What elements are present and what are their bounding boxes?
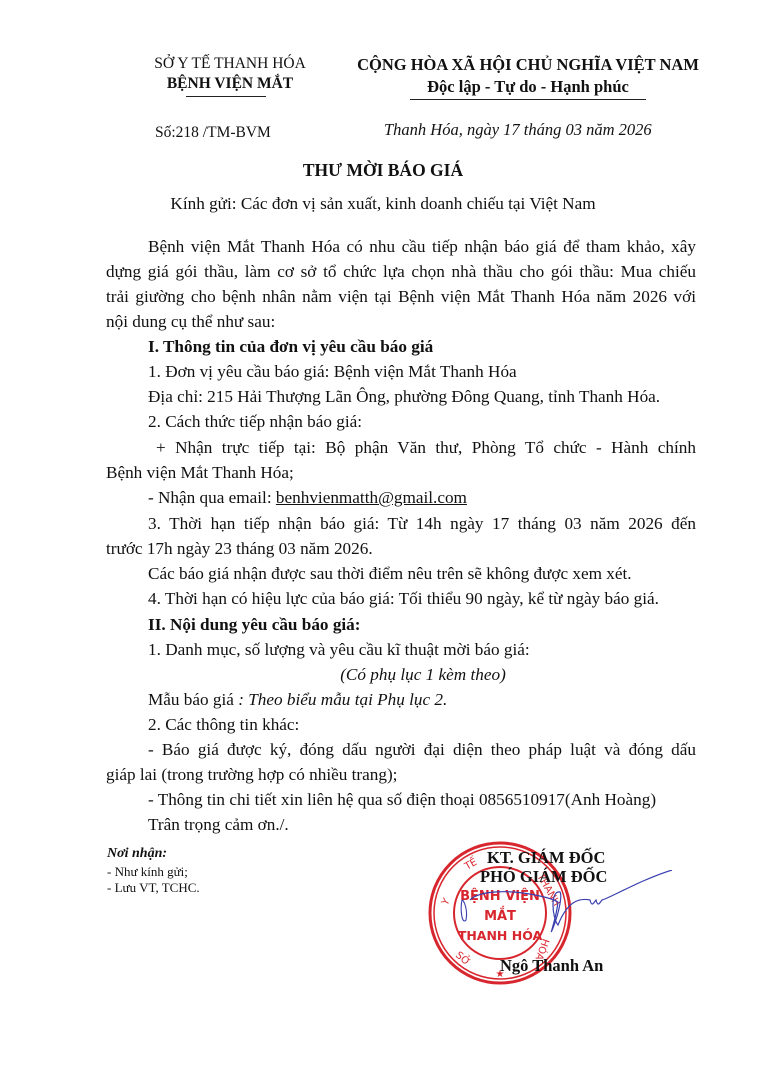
section1-direct-line2: Bệnh viện Mắt Thanh Hóa; <box>106 462 696 484</box>
section1-item3-line2: trước 17h ngày 23 tháng 03 năm 2026. <box>106 538 696 560</box>
document-title: THƯ MỜI BÁO GIÁ <box>0 160 766 181</box>
org-name: BỆNH VIỆN MẮT <box>110 74 350 94</box>
section2-other-line1: - Báo giá được ký, đóng dấu người đại di… <box>148 739 696 761</box>
handwritten-signature-icon <box>440 870 700 950</box>
signer-name: Ngô Thanh An <box>500 956 603 976</box>
recipient-line: Kính gửi: Các đơn vị sản xuất, kinh doan… <box>0 194 766 214</box>
section1-item4: 4. Thời hạn có hiệu lực của báo giá: Tối… <box>148 588 738 610</box>
template-row: Mẫu báo giá : Theo biểu mẫu tại Phụ lục … <box>148 689 738 711</box>
section1-item2: 2. Cách thức tiếp nhận báo giá: <box>148 411 738 433</box>
org-underline <box>186 96 266 97</box>
template-value: : Theo biểu mẫu tại Phụ lục 2. <box>238 690 447 709</box>
doc-number: Số:218 /TM-BVM <box>155 124 271 142</box>
section1-item3-line1: 3. Thời hạn tiếp nhận báo giá: Từ 14h ng… <box>148 513 696 535</box>
email-link[interactable]: benhvienmatth@gmail.com <box>276 488 467 507</box>
recipient-item: - Lưu VT, TCHC. <box>107 880 200 896</box>
intro-line-1: Bệnh viện Mắt Thanh Hóa có nhu cầu tiếp … <box>148 236 696 258</box>
org-parent: SỞ Y TẾ THANH HÓA <box>110 54 350 74</box>
place-date: Thanh Hóa, ngày 17 tháng 03 năm 2026 <box>384 120 652 140</box>
section1-late-note: Các báo giá nhận được sau thời điểm nêu … <box>148 563 738 585</box>
section2-contact: - Thông tin chi tiết xin liên hệ qua số … <box>148 789 738 811</box>
section2-other-line2: giáp lai (trong trường hợp có nhiều tran… <box>106 764 696 786</box>
recipients-label: Nơi nhận: <box>107 846 167 862</box>
section1-direct-line1: + Nhận trực tiếp tại: Bộ phận Văn thư, P… <box>156 437 696 459</box>
section1-email-row: - Nhận qua email: benhvienmatth@gmail.co… <box>148 487 738 509</box>
section1-heading: I. Thông tin của đơn vị yêu cầu báo giá <box>148 336 738 358</box>
email-prefix: - Nhận qua email: <box>148 488 276 507</box>
section1-address: Địa chỉ: 215 Hải Thượng Lãn Ông, phường … <box>148 386 738 408</box>
country-name: CỘNG HÒA XÃ HỘI CHỦ NGHĨA VIỆT NAM <box>338 54 718 76</box>
appendix-note: (Có phụ lục 1 kèm theo) <box>0 664 766 686</box>
intro-line-4: nội dung cụ thể như sau: <box>106 311 696 333</box>
recipient-item: - Như kính gửi; <box>107 864 188 880</box>
section2-item2: 2. Các thông tin khác: <box>148 714 738 736</box>
template-label: Mẫu báo giá <box>148 690 238 709</box>
section1-item1: 1. Đơn vị yêu cầu báo giá: Bệnh viện Mắt… <box>148 361 738 383</box>
intro-line-2: dựng giá gói thầu, làm cơ sở tổ chức lựa… <box>106 261 696 283</box>
section2-item1: 1. Danh mục, số lượng và yêu cầu kĩ thuậ… <box>148 639 738 661</box>
closing-line: Trân trọng cảm ơn./. <box>148 814 738 836</box>
motto: Độc lập - Tự do - Hạnh phúc <box>338 76 718 98</box>
intro-line-3: trải giường cho bệnh nhân nằm viện tại B… <box>106 286 696 308</box>
section2-heading: II. Nội dung yêu cầu báo giá: <box>148 614 738 636</box>
signature-title-1: KT. GIÁM ĐỐC <box>487 848 605 868</box>
svg-text:SỞ: SỞ <box>453 948 474 969</box>
motto-underline <box>410 99 646 100</box>
